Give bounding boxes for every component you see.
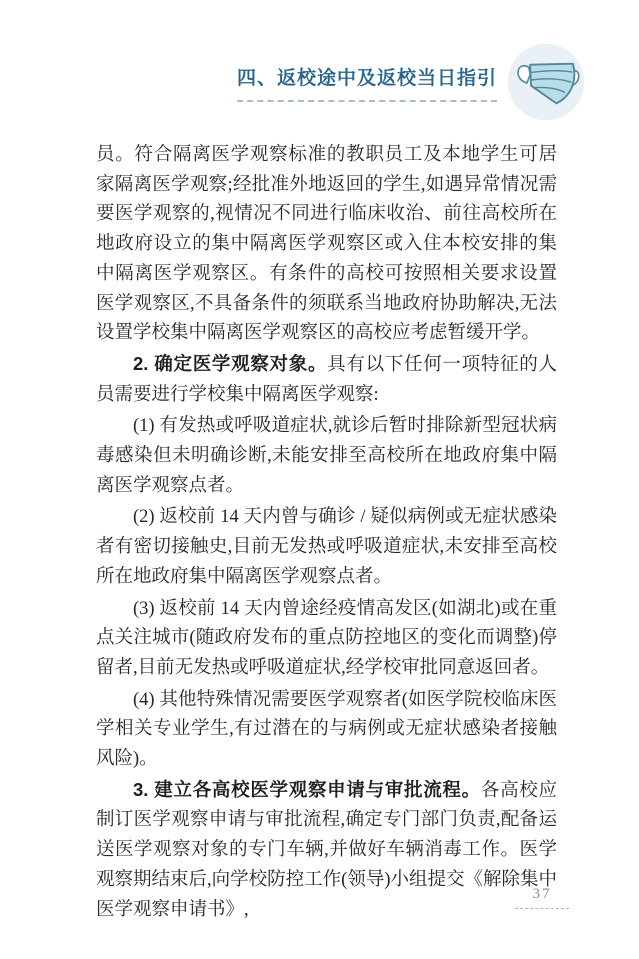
page-number: 37 [506, 886, 578, 903]
paragraph: 2. 确定医学观察对象。具有以下任何一项特征的人员需要进行学校集中隔离医学观察: [96, 349, 557, 410]
paragraph-bold-lead: 3. 建立各高校医学观察申请与审批流程。 [133, 779, 481, 800]
paragraph: (4) 其他特殊情况需要医学观察者(如医学院校临床医学相关专业学生,有过潜在的与… [96, 684, 557, 775]
paragraph: (1) 有发热或呼吸道症状,就诊后暂时排除新型冠状病毒感染但未明确诊断,未能安排… [96, 410, 557, 501]
section-header: 四、返校途中及返校当日指引 [237, 40, 591, 124]
paragraph-bold-lead: 2. 确定医学观察对象。 [133, 353, 327, 374]
document-page: 四、返校途中及返校当日指引 员。符合隔离医学观察标准的教职员工及本地学生可居家隔… [0, 0, 639, 959]
paragraph: 员。符合隔离医学观察标准的教职员工及本地学生可居家隔离医学观察;经批准外地返回的… [96, 139, 557, 349]
header-dashed-rule [237, 100, 497, 102]
paragraph-text: (2) 返校前 14 天内曾与确诊 / 疑似病例或无症状感染者有密切接触史,目前… [96, 507, 557, 586]
paragraph-text: (4) 其他特殊情况需要医学观察者(如医学院校临床医学相关专业学生,有过潜在的与… [96, 690, 557, 769]
paragraph-text: 各高校应制订医学观察申请与审批流程,确定专门部门负责,配备运送医学观察对象的专门… [96, 781, 557, 920]
paragraph-text: (1) 有发热或呼吸道症状,就诊后暂时排除新型冠状病毒感染但未明确诊断,未能安排… [96, 416, 557, 495]
section-header-text: 四、返校途中及返校当日指引 [237, 63, 497, 102]
paragraph: (3) 返校前 14 天内曾途经疫情高发区(如湖北)或在重点关注城市(随政府发布… [96, 593, 557, 684]
paragraph: 3. 建立各高校医学观察申请与审批流程。各高校应制订医学观察申请与审批流程,确定… [96, 775, 557, 926]
paragraph-text: (3) 返校前 14 天内曾途经疫情高发区(如湖北)或在重点关注城市(随政府发布… [96, 599, 557, 678]
section-title: 四、返校途中及返校当日指引 [237, 63, 497, 90]
paragraph: (2) 返校前 14 天内曾与确诊 / 疑似病例或无症状感染者有密切接触史,目前… [96, 501, 557, 592]
page-footer: 37 [506, 886, 578, 909]
footer-dashed-rule [515, 908, 569, 909]
face-mask-icon [501, 40, 591, 124]
paragraph-text: 员。符合隔离医学观察标准的教职员工及本地学生可居家隔离医学观察;经批准外地返回的… [96, 145, 557, 343]
page-content: 员。符合隔离医学观察标准的教职员工及本地学生可居家隔离医学观察;经批准外地返回的… [96, 139, 557, 925]
